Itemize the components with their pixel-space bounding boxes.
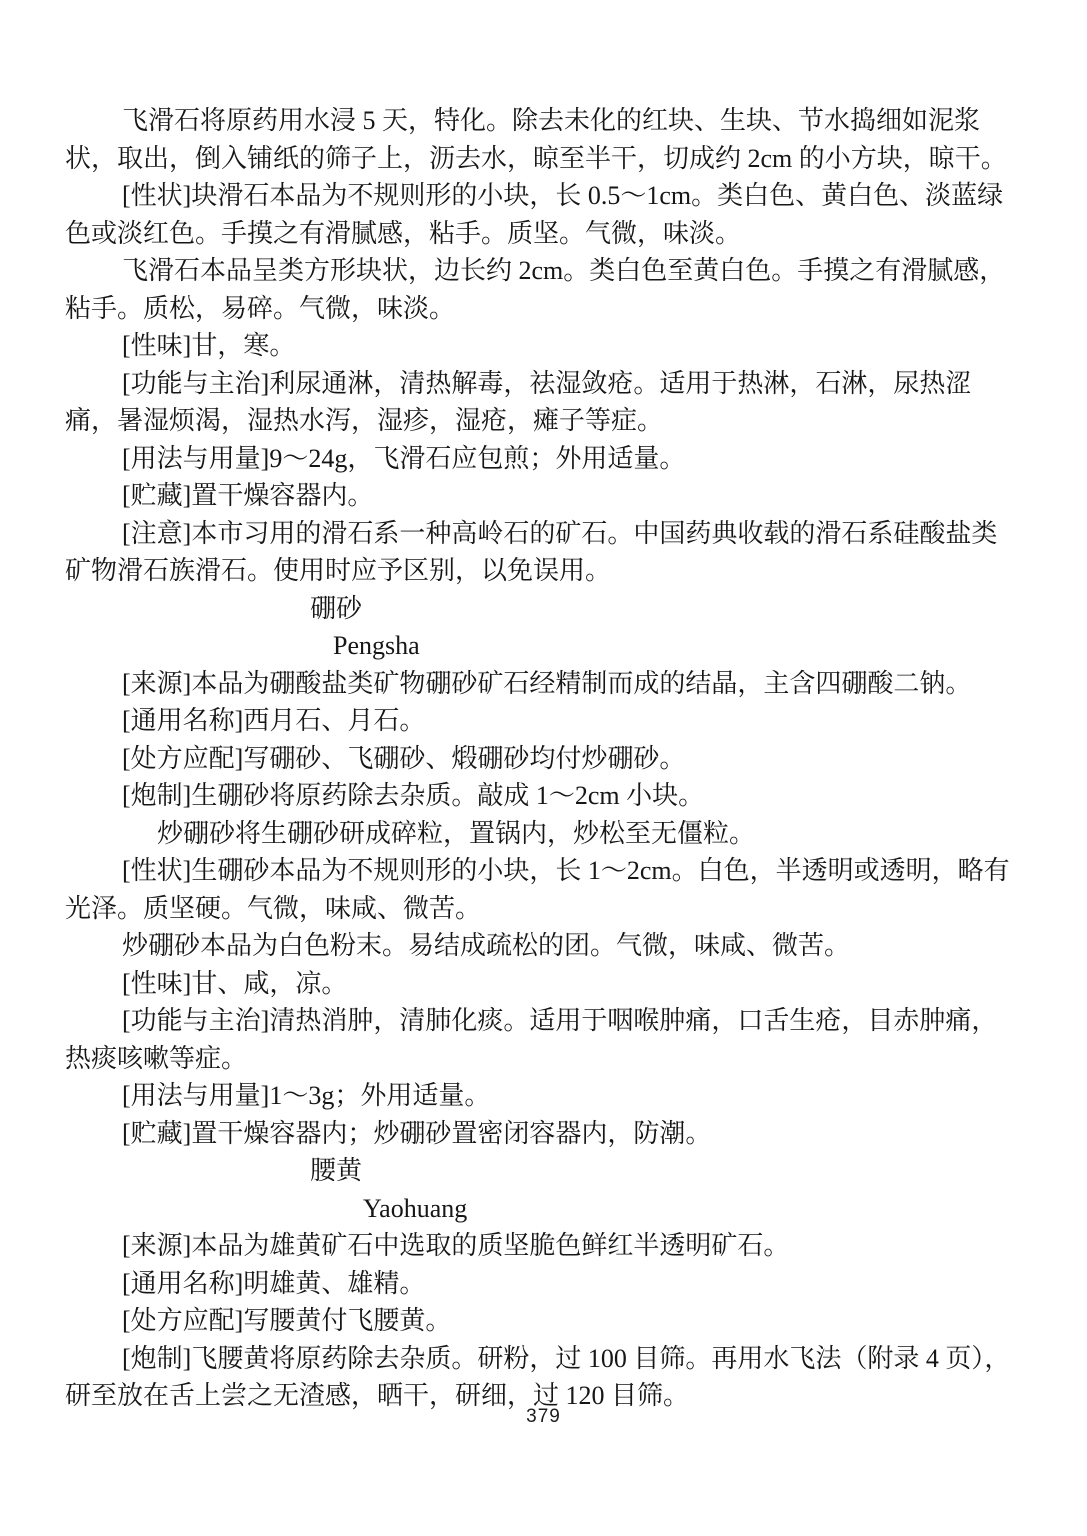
- paragraph: [炮制]生硼砂将原药除去杂质。敲成 1～2cm 小块。: [65, 777, 1022, 815]
- section-huashi: 飞滑石将原药用水浸 5 天，特化。除去未化的红块、生块、节水捣细如泥浆状，取出，…: [65, 102, 1022, 590]
- paragraph: [功能与主治]利尿通淋，清热解毒，祛湿敛疮。适用于热淋，石淋，尿热涩痛，暑湿烦渴…: [65, 365, 1022, 440]
- section-title-chinese: 腰黄: [65, 1152, 1022, 1190]
- section-title-pinyin: Pengsha: [65, 627, 1022, 665]
- paragraph: [通用名称]明雄黄、雄精。: [65, 1265, 1022, 1303]
- paragraph: [用法与用量]9～24g，飞滑石应包煎；外用适量。: [65, 440, 1022, 478]
- paragraph: 飞滑石将原药用水浸 5 天，特化。除去未化的红块、生块、节水捣细如泥浆状，取出，…: [65, 102, 1022, 177]
- document-page: 飞滑石将原药用水浸 5 天，特化。除去未化的红块、生块、节水捣细如泥浆状，取出，…: [0, 0, 1087, 1536]
- section-pengsha: 硼砂 Pengsha [来源]本品为硼酸盐类矿物硼砂矿石经精制而成的结晶，主含四…: [65, 590, 1022, 1153]
- paragraph: 炒硼砂本品为白色粉末。易结成疏松的团。气微，味咸、微苦。: [65, 927, 1022, 965]
- paragraph: [来源]本品为硼酸盐类矿物硼砂矿石经精制而成的结晶，主含四硼酸二钠。: [65, 665, 1022, 703]
- paragraph: [炮制]飞腰黄将原药除去杂质。研粉，过 100 目筛。再用水飞法（附录 4 页）…: [65, 1340, 1022, 1415]
- paragraph: [贮藏]置干燥容器内。: [65, 477, 1022, 515]
- paragraph: [性味]甘、咸，凉。: [65, 965, 1022, 1003]
- page-content: 飞滑石将原药用水浸 5 天，特化。除去未化的红块、生块、节水捣细如泥浆状，取出，…: [65, 102, 1022, 1415]
- page-number: 379: [0, 1406, 1087, 1428]
- paragraph: [贮藏]置干燥容器内；炒硼砂置密闭容器内，防潮。: [65, 1115, 1022, 1153]
- paragraph: [性状]生硼砂本品为不规则形的小块，长 1～2cm。白色，半透明或透明，略有光泽…: [65, 852, 1022, 927]
- paragraph: [用法与用量]1～3g；外用适量。: [65, 1077, 1022, 1115]
- section-yaohuang: 腰黄 Yaohuang [来源]本品为雄黄矿石中选取的质坚脆色鲜红半透明矿石。 …: [65, 1152, 1022, 1415]
- paragraph: [性味]甘，寒。: [65, 327, 1022, 365]
- paragraph: [功能与主治]清热消肿，清肺化痰。适用于咽喉肿痛，口舌生疮，目赤肿痛，热痰咳嗽等…: [65, 1002, 1022, 1077]
- section-title-chinese: 硼砂: [65, 590, 1022, 628]
- paragraph: [处方应配]写硼砂、飞硼砂、煅硼砂均付炒硼砂。: [65, 740, 1022, 778]
- paragraph: [注意]本市习用的滑石系一种高岭石的矿石。中国药典收载的滑石系硅酸盐类矿物滑石族…: [65, 515, 1022, 590]
- section-title-pinyin: Yaohuang: [65, 1190, 1022, 1228]
- paragraph: 飞滑石本品呈类方形块状，边长约 2cm。类白色至黄白色。手摸之有滑腻感，粘手。质…: [65, 252, 1022, 327]
- paragraph: 炒硼砂将生硼砂研成碎粒，置锅内，炒松至无僵粒。: [65, 815, 1022, 853]
- paragraph: [性状]块滑石本品为不规则形的小块，长 0.5～1cm。类白色、黄白色、淡蓝绿色…: [65, 177, 1022, 252]
- paragraph: [处方应配]写腰黄付飞腰黄。: [65, 1302, 1022, 1340]
- paragraph: [通用名称]西月石、月石。: [65, 702, 1022, 740]
- paragraph: [来源]本品为雄黄矿石中选取的质坚脆色鲜红半透明矿石。: [65, 1227, 1022, 1265]
